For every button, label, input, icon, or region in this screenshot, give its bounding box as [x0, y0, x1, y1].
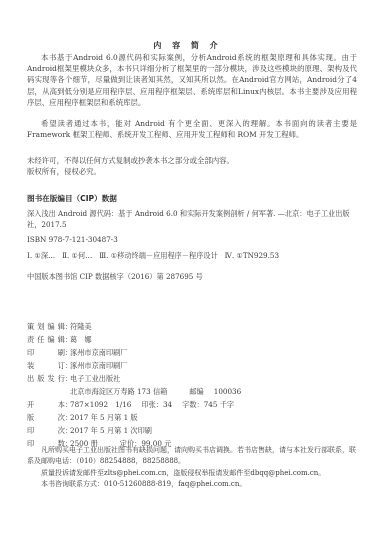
format-row: 开 本： 787×1092 1/16 印张： 34 字数： 745 千字 [27, 398, 241, 411]
footer-notice: 凡所购买电子工业出版社图书有缺损问题，请向购买书店调换。若书店售缺，请与本社发行… [27, 445, 359, 490]
cip-classification: Ⅰ. ①深… Ⅱ. ①何… Ⅲ. ①移动终端－应用程序－程序设计 Ⅳ. ①TN9… [27, 250, 357, 261]
address-row: 北京市海淀区万寿路 173 信箱 邮编 100036 [27, 385, 241, 398]
publisher-address: 北京市海淀区万寿路 173 信箱 [70, 385, 167, 398]
printer-label: 印 刷 [27, 346, 65, 359]
publisher-row: 出版发行： 电子工业出版社 [27, 372, 241, 385]
impression-label: 印 次 [27, 424, 65, 437]
summary-paragraph-2: 希望读者通过本书，能对 Android 有个更全面、更深入的理解。本书面向的读者… [27, 118, 357, 140]
cip-verification: 中国版本图书馆 CIP 数据核字（2016）第 287695 号 [27, 271, 357, 282]
format-value: 787×1092 1/16 [70, 398, 131, 411]
impression-row: 印 次： 2017 年 5 月第 1 次印刷 [27, 424, 241, 437]
responsible-editor-label: 责任编辑 [27, 333, 65, 346]
cip-entry: 深入浅出 Android 源代码：基于 Android 6.0 和实际开发案例剖… [27, 208, 357, 230]
words-value: 745 千字 [204, 398, 234, 411]
printer-value: 涿州市京南印刷厂 [70, 346, 128, 359]
planning-editor-label: 策划编辑 [27, 320, 65, 333]
sheets-label: 印张 [141, 398, 155, 411]
format-label: 开 本 [27, 398, 65, 411]
publication-details: 策划编辑： 符隆美 责任编辑： 葛 娜 印 刷： 涿州市京南印刷厂 装 订： 涿… [27, 320, 241, 450]
impression-value: 2017 年 5 月第 1 次印刷 [70, 424, 152, 437]
publisher-label: 出版发行 [27, 372, 65, 385]
binder-value: 涿州市京南印刷厂 [70, 359, 128, 372]
edition-label: 版 次 [27, 411, 65, 424]
footer-line-2: 质量投诉请发邮件至zlts@phei.com.cn，盗版侵权举报请发邮件至dbq… [27, 468, 359, 479]
postcode-value: 100036 [214, 385, 241, 398]
copyright-notice-line-1: 未经许可，不得以任何方式复制或抄袭本书之部分或全部内容。 [27, 155, 357, 166]
cip-heading: 图书在版编目（CIP）数据 [27, 193, 117, 204]
cip-isbn: ISBN 978-7-121-30487-3 [27, 234, 357, 245]
words-label: 字数 [182, 398, 196, 411]
binder-row: 装 订： 涿州市京南印刷厂 [27, 359, 241, 372]
footer-line-3: 本书咨询联系方式：010-51260888-819，faq@phei.com.c… [27, 479, 359, 490]
copyright-page: 内 容 简 介 本书基于Android 6.0源代码和实际案例，分析Androi… [0, 0, 375, 536]
edition-value: 2017 年 5 月第 1 版 [70, 411, 138, 424]
copyright-notice-line-2: 版权所有，侵权必究。 [27, 166, 357, 177]
sheets-value: 34 [163, 398, 172, 411]
summary-title: 内 容 简 介 [0, 40, 375, 51]
printer-row: 印 刷： 涿州市京南印刷厂 [27, 346, 241, 359]
planning-editor-row: 策划编辑： 符隆美 [27, 320, 241, 333]
publisher-value: 电子工业出版社 [70, 372, 120, 385]
footer-line-1: 凡所购买电子工业出版社图书有缺损问题，请向购买书店调换。若书店售缺，请与本社发行… [27, 445, 359, 468]
binder-label: 装 订 [27, 359, 65, 372]
postcode-label: 邮编 [189, 385, 203, 398]
responsible-editor-row: 责任编辑： 葛 娜 [27, 333, 241, 346]
planning-editor-value: 符隆美 [70, 320, 92, 333]
summary-paragraph-1: 本书基于Android 6.0源代码和实际案例，分析Android系统的框架原理… [27, 52, 357, 108]
edition-row: 版 次： 2017 年 5 月第 1 版 [27, 411, 241, 424]
responsible-editor-value: 葛 娜 [70, 333, 92, 346]
copyright-notice: 未经许可，不得以任何方式复制或抄袭本书之部分或全部内容。 版权所有，侵权必究。 [27, 155, 357, 177]
